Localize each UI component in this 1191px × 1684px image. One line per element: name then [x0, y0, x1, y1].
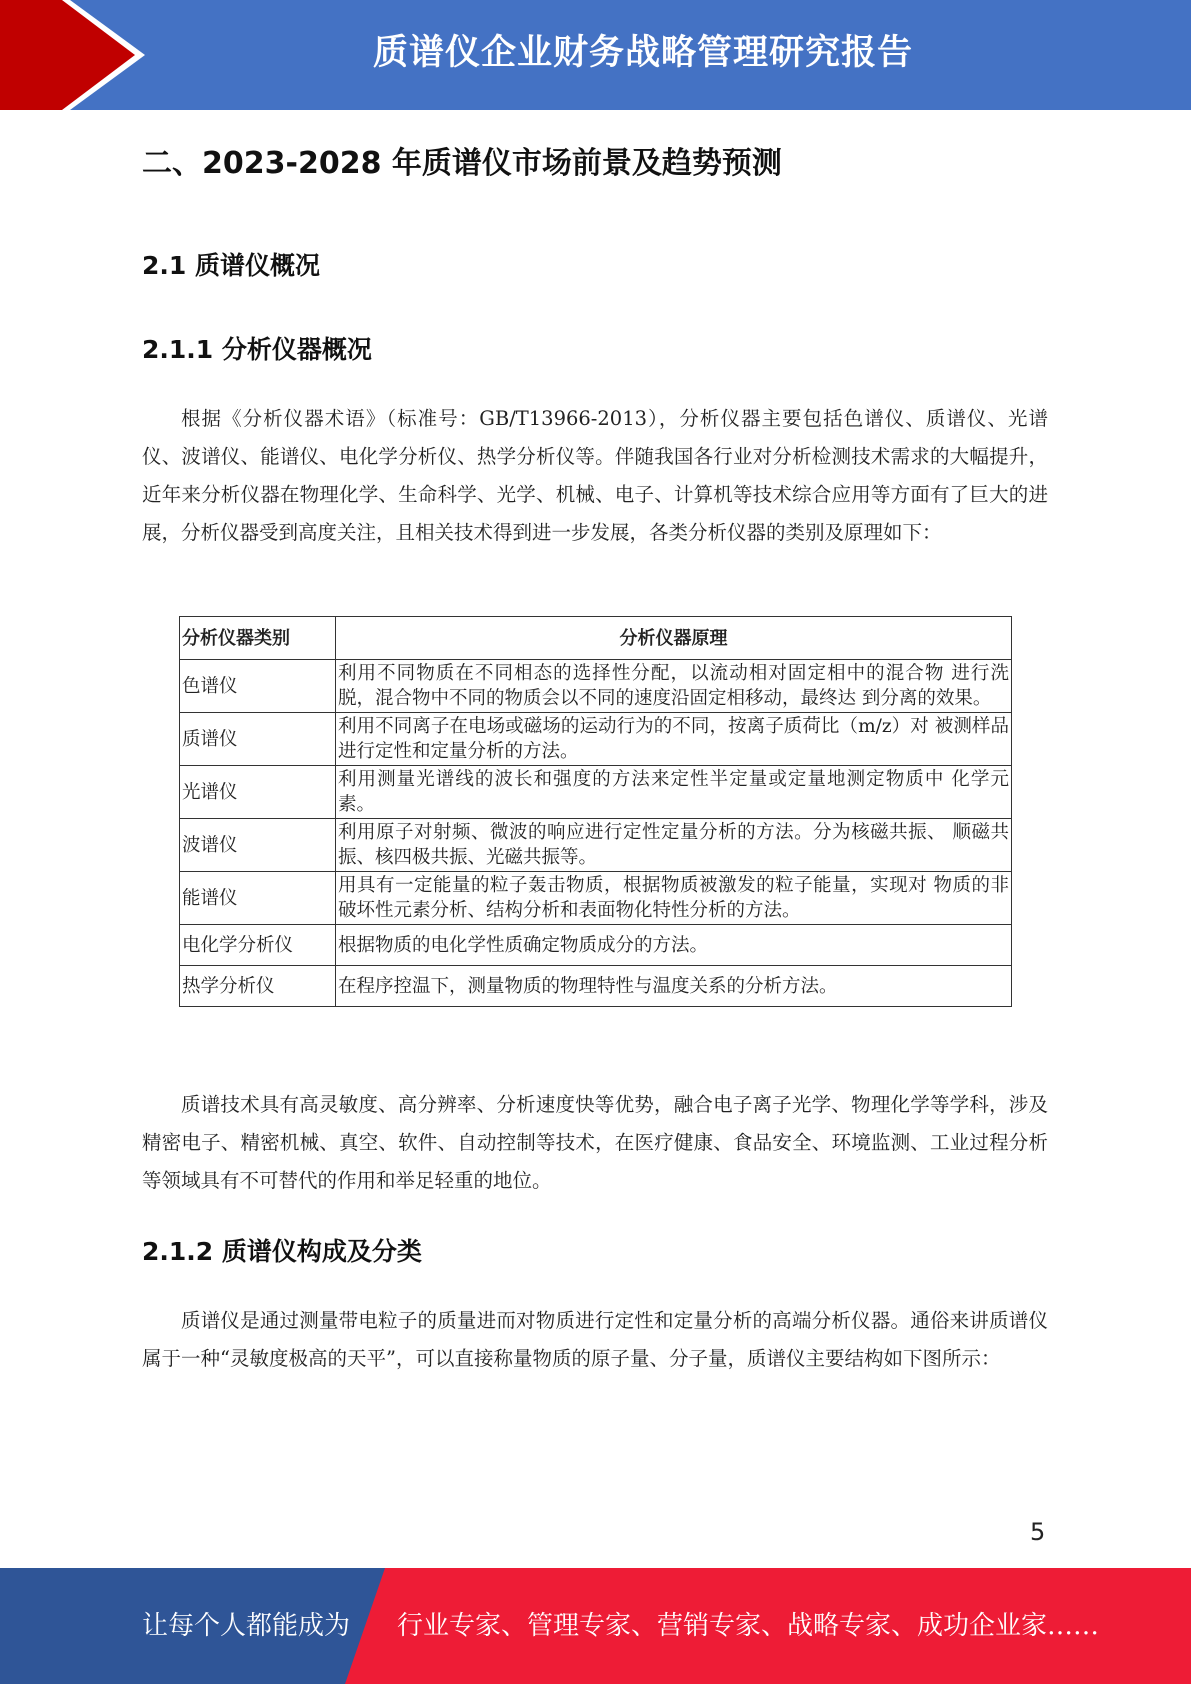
cell-category: 能谱仪	[180, 872, 336, 925]
cell-principle: 利用测量光谱线的波长和强度的方法来定性半定量或定量地测定物质中 化学元素。	[336, 766, 1012, 819]
table-header-row: 分析仪器类别 分析仪器原理	[180, 617, 1012, 660]
cell-category: 热学分析仪	[180, 966, 336, 1007]
table-row: 质谱仪 利用不同离子在电场或磁场的运动行为的不同，按离子质荷比（m/z）对 被测…	[180, 713, 1012, 766]
cell-principle: 根据物质的电化学性质确定物质成分的方法。	[336, 925, 1012, 966]
cell-principle: 在程序控温下，测量物质的物理特性与温度关系的分析方法。	[336, 966, 1012, 1007]
paragraph-mass-spec-advantages: 质谱技术具有高灵敏度、高分辨率、分析速度快等优势，融合电子离子光学、物理化学等学…	[142, 1086, 1048, 1200]
cell-category: 质谱仪	[180, 713, 336, 766]
table-row: 波谱仪 利用原子对射频、微波的响应进行定性定量分析的方法。分为核磁共振、 顺磁共…	[180, 819, 1012, 872]
cell-principle: 利用原子对射频、微波的响应进行定性定量分析的方法。分为核磁共振、 顺磁共振、核四…	[336, 819, 1012, 872]
column-header-principle: 分析仪器原理	[336, 617, 1012, 660]
section-heading-2-1-1: 2.1.1 分析仪器概况	[142, 330, 372, 366]
cell-category: 电化学分析仪	[180, 925, 336, 966]
chapter-heading: 二、2023-2028 年质谱仪市场前景及趋势预测	[142, 138, 782, 182]
column-header-category: 分析仪器类别	[180, 617, 336, 660]
page-number: 5	[1030, 1518, 1045, 1546]
table-row: 光谱仪 利用测量光谱线的波长和强度的方法来定性半定量或定量地测定物质中 化学元素…	[180, 766, 1012, 819]
section-heading-2-1-2: 2.1.2 质谱仪构成及分类	[142, 1232, 422, 1268]
footer-banner: 让每个人都能成为 行业专家、管理专家、营销专家、战略专家、成功企业家……	[0, 1568, 1191, 1684]
cell-category: 波谱仪	[180, 819, 336, 872]
section-heading-2-1: 2.1 质谱仪概况	[142, 246, 320, 282]
instrument-table: 分析仪器类别 分析仪器原理 色谱仪 利用不同物质在不同相态的选择性分配，以流动相…	[179, 616, 1012, 1007]
cell-category: 色谱仪	[180, 660, 336, 713]
report-title: 质谱仪企业财务战略管理研究报告	[0, 0, 1191, 110]
header-banner: 质谱仪企业财务战略管理研究报告	[0, 0, 1191, 110]
table-row: 热学分析仪 在程序控温下，测量物质的物理特性与温度关系的分析方法。	[180, 966, 1012, 1007]
footer-slogan-left: 让每个人都能成为	[142, 1568, 350, 1684]
table-row: 电化学分析仪 根据物质的电化学性质确定物质成分的方法。	[180, 925, 1012, 966]
cell-principle: 用具有一定能量的粒子轰击物质，根据物质被激发的粒子能量，实现对 物质的非破坏性元…	[336, 872, 1012, 925]
paragraph-intro: 根据《分析仪器术语》（标准号：GB/T13966-2013），分析仪器主要包括色…	[142, 400, 1048, 552]
footer-slogan-right: 行业专家、管理专家、营销专家、战略专家、成功企业家……	[397, 1568, 1099, 1684]
cell-category: 光谱仪	[180, 766, 336, 819]
table-row: 能谱仪 用具有一定能量的粒子轰击物质，根据物质被激发的粒子能量，实现对 物质的非…	[180, 872, 1012, 925]
cell-principle: 利用不同物质在不同相态的选择性分配，以流动相对固定相中的混合物 进行洗脱，混合物…	[336, 660, 1012, 713]
paragraph-mass-spec-definition: 质谱仪是通过测量带电粒子的质量进而对物质进行定性和定量分析的高端分析仪器。通俗来…	[142, 1302, 1048, 1378]
table-row: 色谱仪 利用不同物质在不同相态的选择性分配，以流动相对固定相中的混合物 进行洗脱…	[180, 660, 1012, 713]
cell-principle: 利用不同离子在电场或磁场的运动行为的不同，按离子质荷比（m/z）对 被测样品进行…	[336, 713, 1012, 766]
